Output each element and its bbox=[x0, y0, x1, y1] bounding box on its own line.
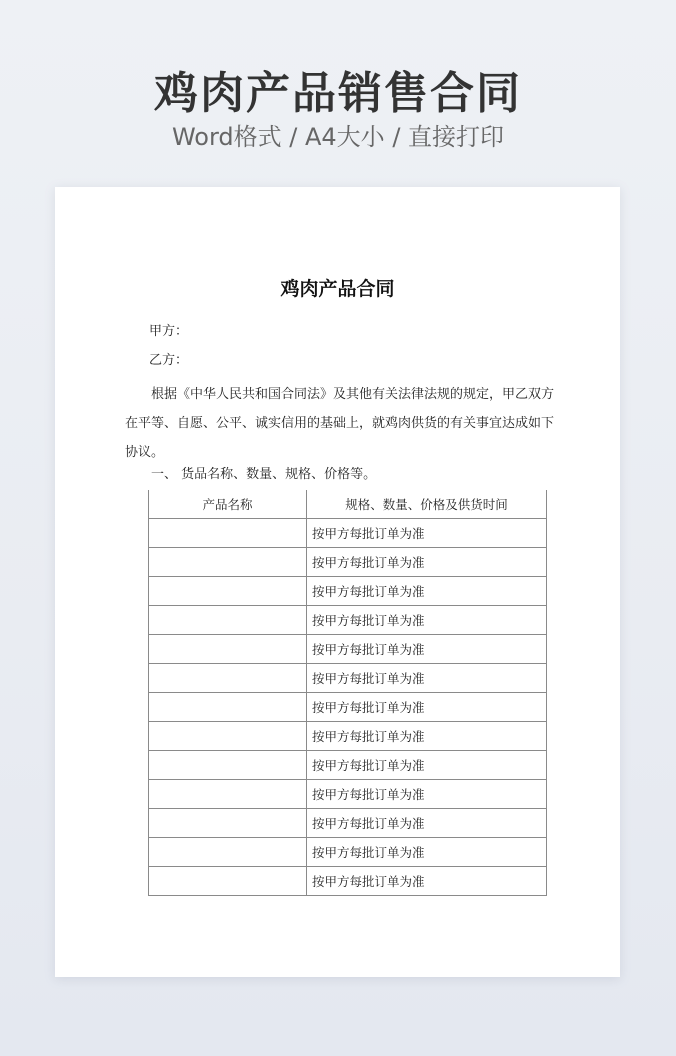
product-name-cell bbox=[149, 577, 307, 606]
header-product-name: 产品名称 bbox=[149, 490, 307, 519]
spec-cell: 按甲方每批订单为准 bbox=[307, 664, 547, 693]
table-row: 按甲方每批订单为准 bbox=[149, 548, 547, 577]
section-heading-1: 一、 货品名称、数量、规格、价格等。 bbox=[151, 466, 376, 484]
spec-cell: 按甲方每批订单为准 bbox=[307, 809, 547, 838]
document-title: 鸡肉产品合同 bbox=[55, 276, 620, 302]
spec-cell: 按甲方每批订单为准 bbox=[307, 751, 547, 780]
document-page: 鸡肉产品合同 甲方： 乙方： 根据《中华人民共和国合同法》及其他有关法律法规的规… bbox=[55, 187, 620, 977]
table-row: 按甲方每批订单为准 bbox=[149, 577, 547, 606]
intro-paragraph-text: 根据《中华人民共和国合同法》及其他有关法律法规的规定，甲乙双方在平等、自愿、公平… bbox=[125, 387, 554, 460]
intro-paragraph: 根据《中华人民共和国合同法》及其他有关法律法规的规定，甲乙双方在平等、自愿、公平… bbox=[125, 380, 555, 467]
spec-cell: 按甲方每批订单为准 bbox=[307, 577, 547, 606]
table-row: 按甲方每批订单为准 bbox=[149, 780, 547, 809]
product-name-cell bbox=[149, 867, 307, 896]
banner-subtitle: Word格式 / A4大小 / 直接打印 bbox=[0, 120, 676, 154]
spec-cell: 按甲方每批订单为准 bbox=[307, 722, 547, 751]
table-row: 按甲方每批订单为准 bbox=[149, 664, 547, 693]
party-b-label: 乙方： bbox=[149, 352, 188, 370]
product-name-cell bbox=[149, 519, 307, 548]
product-name-cell bbox=[149, 809, 307, 838]
product-name-cell bbox=[149, 548, 307, 577]
product-name-cell bbox=[149, 751, 307, 780]
product-name-cell bbox=[149, 693, 307, 722]
table-row: 按甲方每批订单为准 bbox=[149, 519, 547, 548]
goods-table: 产品名称 规格、数量、价格及供货时间 按甲方每批订单为准 按甲方每批订单为准 按… bbox=[148, 490, 547, 896]
spec-cell: 按甲方每批订单为准 bbox=[307, 606, 547, 635]
table-row: 按甲方每批订单为准 bbox=[149, 751, 547, 780]
product-name-cell bbox=[149, 664, 307, 693]
table-header-row: 产品名称 规格、数量、价格及供货时间 bbox=[149, 490, 547, 519]
product-name-cell bbox=[149, 606, 307, 635]
spec-cell: 按甲方每批订单为准 bbox=[307, 519, 547, 548]
spec-cell: 按甲方每批订单为准 bbox=[307, 635, 547, 664]
table-row: 按甲方每批订单为准 bbox=[149, 867, 547, 896]
table-row: 按甲方每批订单为准 bbox=[149, 606, 547, 635]
spec-cell: 按甲方每批订单为准 bbox=[307, 693, 547, 722]
spec-cell: 按甲方每批订单为准 bbox=[307, 780, 547, 809]
product-name-cell bbox=[149, 780, 307, 809]
header-spec: 规格、数量、价格及供货时间 bbox=[307, 490, 547, 519]
table-row: 按甲方每批订单为准 bbox=[149, 693, 547, 722]
table-row: 按甲方每批订单为准 bbox=[149, 838, 547, 867]
spec-cell: 按甲方每批订单为准 bbox=[307, 867, 547, 896]
spec-cell: 按甲方每批订单为准 bbox=[307, 548, 547, 577]
table-row: 按甲方每批订单为准 bbox=[149, 722, 547, 751]
banner-title: 鸡肉产品销售合同 bbox=[0, 66, 676, 122]
product-name-cell bbox=[149, 722, 307, 751]
product-name-cell bbox=[149, 838, 307, 867]
spec-cell: 按甲方每批订单为准 bbox=[307, 838, 547, 867]
table-row: 按甲方每批订单为准 bbox=[149, 809, 547, 838]
table-row: 按甲方每批订单为准 bbox=[149, 635, 547, 664]
party-a-label: 甲方： bbox=[149, 323, 188, 341]
product-name-cell bbox=[149, 635, 307, 664]
